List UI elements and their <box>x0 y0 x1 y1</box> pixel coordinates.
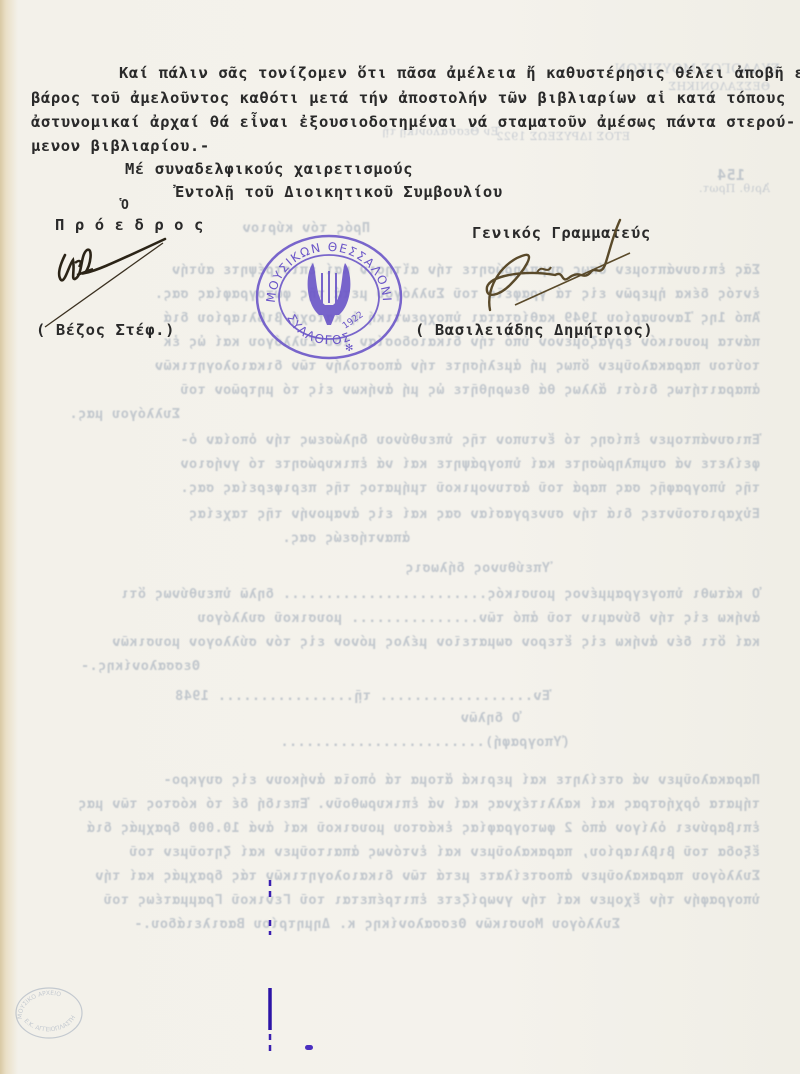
ghost-line: ἀνήκω εἰς τήν δύναμιν τοῦ ἀπό τῶν.......… <box>197 610 760 626</box>
secretary-signature <box>465 215 635 325</box>
president-article: Ὁ <box>121 198 129 213</box>
document-page: ΣΥΛΛΟΓΟΣ ΜΟΥΣΙΚΩΝ ΘΕΣΣΑΛΟΝΙΚΗΣ Ἐν Θεσσαλ… <box>0 0 800 1074</box>
closing-authority: Ἐντολῇ τοῦ Διοικητικοῦ Συμβουλίου <box>175 183 503 201</box>
ink-spot <box>305 1045 313 1050</box>
stamp-star-icon: ✻ <box>345 343 353 354</box>
ghost-line: Συλλόγου μας. <box>69 406 180 422</box>
ghost-line: Εὐχαριστοῦντες διά τήν συνεργασίαν σας κ… <box>189 506 760 522</box>
svg-text:ΣΥΛΛΟΓΟΣ: ΣΥΛΛΟΓΟΣ <box>284 312 353 348</box>
ghost-letterhead-4: ΕΤΟΣ ΙΔΡΥΣΕΩΣ 1922 <box>496 130 630 143</box>
ghost-line: ἔξοδα τοῦ βιβλιαρίου, παρακαλοῦμεν καί ἐ… <box>129 844 760 860</box>
stamp-text-bottom: ΣΥΛΛΟΓΟΣ <box>284 312 353 348</box>
president-signature <box>35 235 175 330</box>
lyre-emblem-icon <box>308 263 351 325</box>
ghost-line: Ἐν.................. τῇ................ … <box>175 688 550 704</box>
ghost-line: τούτου παρακαλοῦμεν ὅπως μή ἀμελήσητε τή… <box>155 358 760 374</box>
association-stamp: ΜΟΥΣΙΚΩΝ ΘΕΣΣΑΛΟΝΙΚΗΣ ΣΥΛΛΟΓΟΣ 1922 ✻ <box>253 233 405 361</box>
closing-greeting: Μέ συναδελφικούς χαιρετισμούς <box>125 160 413 178</box>
ghost-number: 154 <box>717 166 745 184</box>
ink-mark <box>268 880 272 1070</box>
ghost-line: (Ὑπογραφή)........................ <box>280 734 570 750</box>
archive-stamp: ΜΟΥΣΙΚΟ ΑΡΧΕΙΟ Ε.Κ. ΑΓΓΕΙΟΠΛΑΣΤΗ <box>14 985 84 1040</box>
ghost-line: τήματα ὀρχήστρας καί καλλιτέχνας καί νά … <box>78 796 760 812</box>
body-line-2: βάρος τοῦ ἀμελοῦντος καθότι μετά τήν ἀπο… <box>31 89 786 107</box>
stamp-text-top: ΜΟΥΣΙΚΩΝ ΘΕΣΣΑΛΟΝΙΚΗΣ <box>253 233 394 303</box>
ghost-line: ἐπιβαρύνει ὁλίγον ἀπό 2 φωτογραφίας ἑκάσ… <box>86 820 760 836</box>
ghost-line: Ἐπισυνάπτομεν ἐπίσης τό ἔντυπον τῆς ὑπευ… <box>180 432 760 448</box>
ghost-protocol: Ἀριθ. Πρωτ. <box>699 182 770 195</box>
svg-text:Ε.Κ. ΑΓΓΕΙΟΠΛΑΣΤΗ: Ε.Κ. ΑΓΓΕΙΟΠΛΑΣΤΗ <box>22 1015 77 1034</box>
ghost-line: Ὁ κάτωθι ὑπογεγραμμένος μουσικός........… <box>120 586 760 602</box>
ghost-line: Ὑπεύθυνος δήλωσις <box>405 560 550 576</box>
body-line-1: Καί πάλιν σᾶς τονίζομεν ὅτι πᾶσα ἀμέλεια… <box>119 64 800 82</box>
ghost-line: ἀπαραιτήτως διότι ἄλλως θά θεωρηθῆτε ὡς … <box>180 382 760 398</box>
ghost-line: Παρακαλοῦμεν νά στείλητε καί μερικά ἄτομ… <box>163 772 760 788</box>
ghost-line: ἀπαντήσεώς σας. <box>282 530 410 546</box>
ghost-line: φείλετε νά συμπληρώσητε καί ὑπογράψητε κ… <box>180 456 760 472</box>
ghost-line: Συλλόγου Μουσικῶν Θεσσαλονίκης κ. Δημητρ… <box>134 916 620 932</box>
ghost-line: Ὁ δηλῶν <box>460 710 520 726</box>
ghost-line: ὑπογραφήν τήν ἔχομεν καί τήν γνωρίζετε ἐ… <box>103 892 760 908</box>
ghost-line: καί ὅτι δέν ἀνήκω εἰς ἕτερον σωματεῖον μ… <box>112 634 760 650</box>
archive-stamp-line1: ΜΟΥΣΙΚΟ ΑΡΧΕΙΟ <box>17 990 62 1019</box>
president-title: Π ρ ό ε δ ρ ο ς <box>55 216 204 234</box>
archive-stamp-line2: Ε.Κ. ΑΓΓΕΙΟΠΛΑΣΤΗ <box>22 1015 77 1034</box>
svg-text:ΜΟΥΣΙΚΩΝ ΘΕΣΣΑΛΟΝΙΚΗΣ: ΜΟΥΣΙΚΩΝ ΘΕΣΣΑΛΟΝΙΚΗΣ <box>253 233 394 303</box>
body-line-3: ἀστυνομικαί ἀρχαί θά εἶναι ἐξουσιοδοτημέ… <box>31 113 796 131</box>
ghost-line: Συλλόγου παρακαλοῦμεν ἀποστείλατε μετά τ… <box>95 868 760 884</box>
ghost-line: τῆς ὑπογραφῆς σας παρά τοῦ ἀστυνομικοῦ τ… <box>180 480 760 496</box>
ghost-line: Θεσσαλονίκης.- <box>81 658 200 674</box>
ghost-line: ἐντός δέκα ἡμερῶν εἰς τά γραφεῖα τοῦ Συλ… <box>155 286 760 302</box>
body-line-4: μενον βιβλιαρίου.- <box>31 137 210 155</box>
svg-text:ΜΟΥΣΙΚΟ ΑΡΧΕΙΟ: ΜΟΥΣΙΚΟ ΑΡΧΕΙΟ <box>17 990 62 1019</box>
